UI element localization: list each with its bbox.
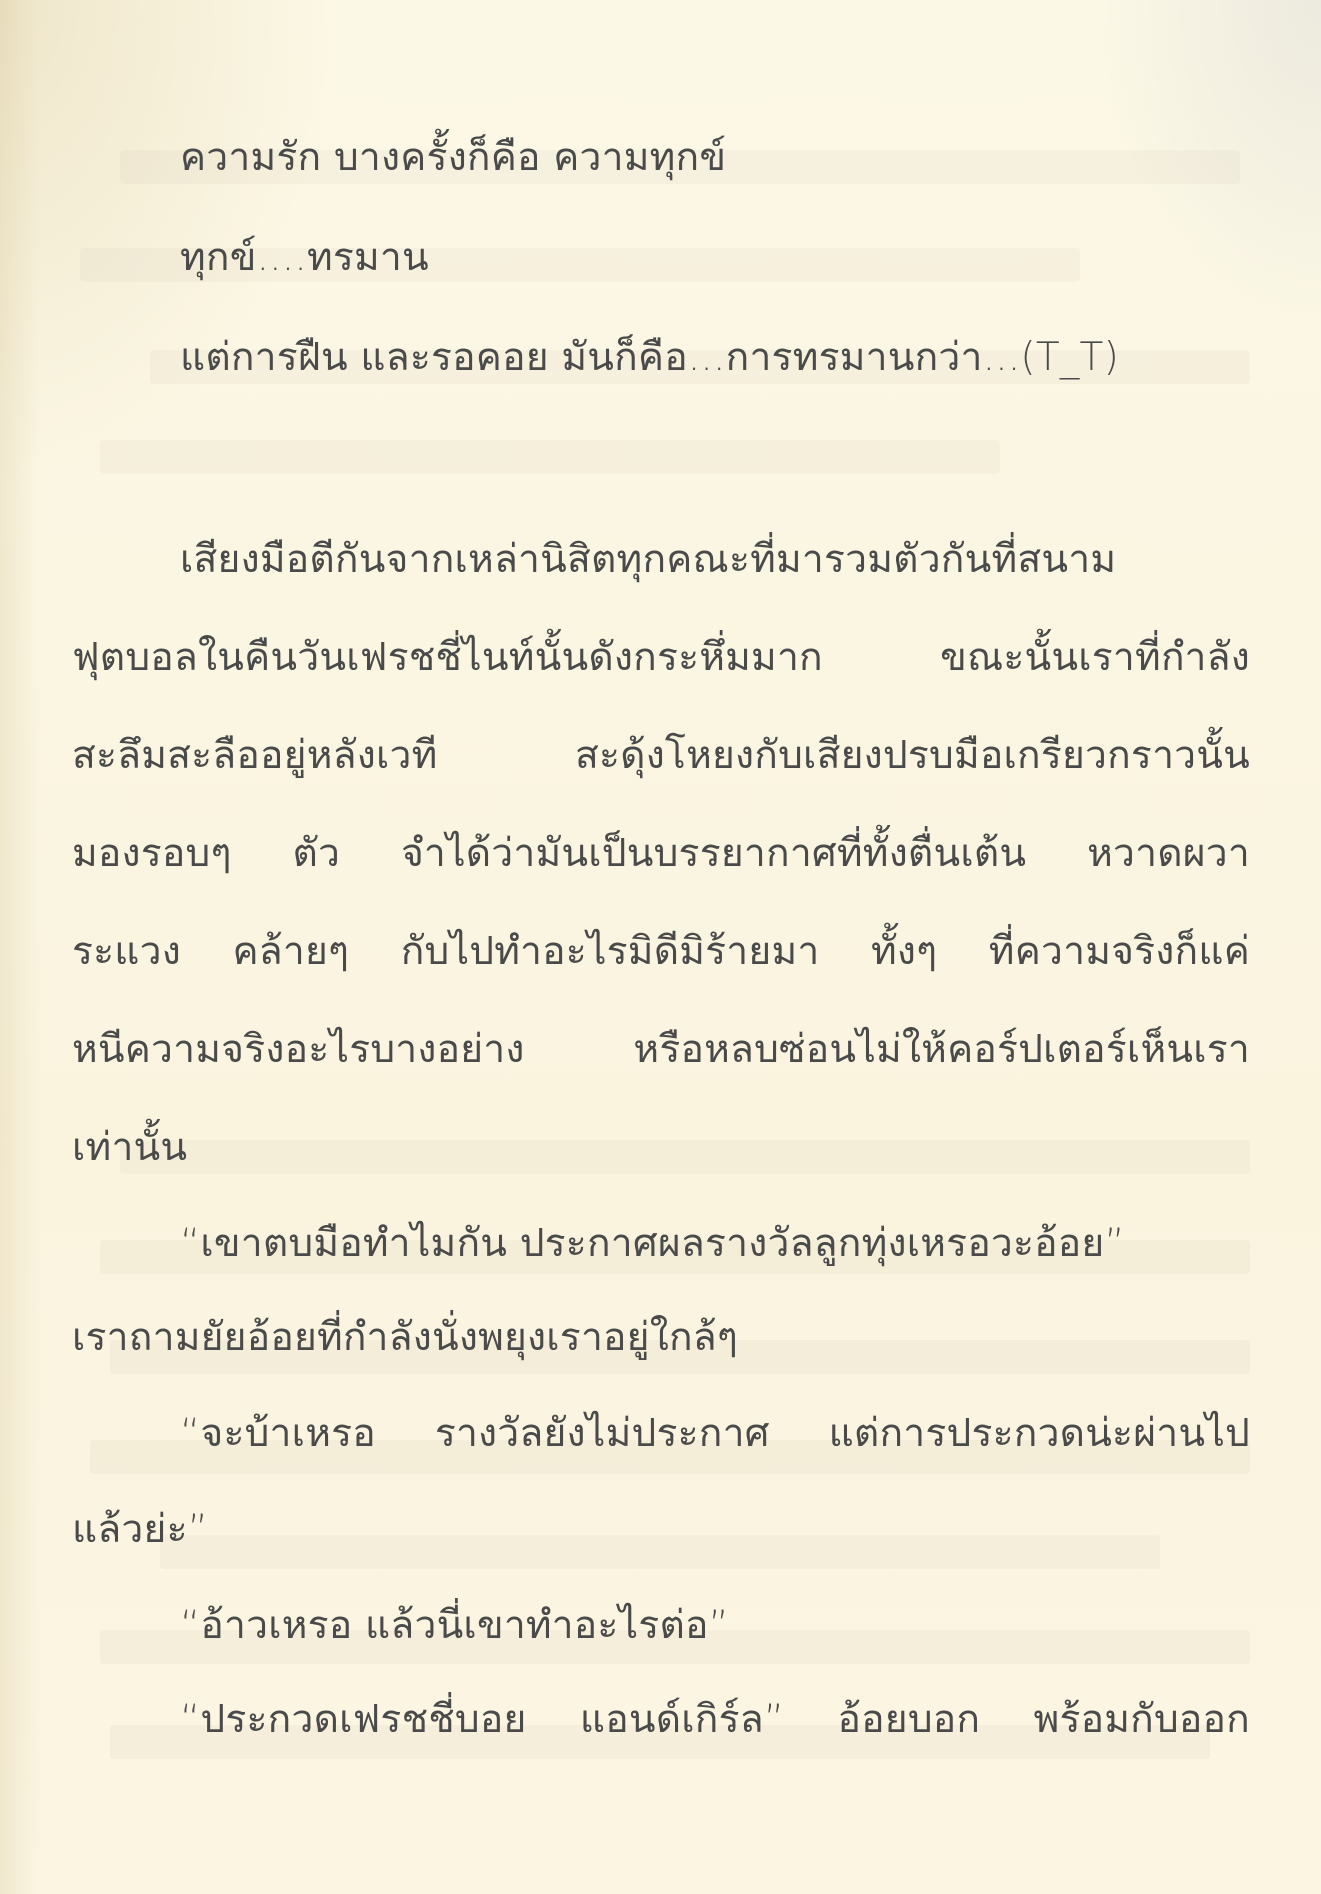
- text-line: ระแวง คล้ายๆ กับไปทำอะไรมิดีมิร้ายมา ทั้…: [72, 932, 1250, 971]
- book-page: ความรัก บางครั้งก็คือ ความทุกข์ ทุกข์...…: [0, 0, 1321, 1894]
- text-line: แต่การฝืน และรอคอย มันก็คือ...การทรมานกว…: [180, 338, 1119, 377]
- text-line: มองรอบๆ ตัว จำได้ว่ามันเป็นบรรยากาศที่ทั…: [72, 834, 1250, 873]
- text-line: ทุกข์....ทรมาน: [180, 238, 429, 277]
- dialogue-line: “เขาตบมือทำไมกัน ประกาศผลรางวัลลูกทุ่งเห…: [180, 1224, 1125, 1263]
- text-line: สะลึมสะลืออยู่หลังเวที สะดุ้งโหยงกับเสีย…: [72, 736, 1250, 775]
- dialogue-line: “จะบ้าเหรอ รางวัลยังไม่ประกาศ แต่การประก…: [180, 1414, 1250, 1453]
- text-line: ฟุตบอลในคืนวันเฟรชชี่ไนท์นั้นดังกระหึ่มม…: [72, 638, 1250, 677]
- text-line: แล้วย่ะ”: [72, 1510, 208, 1549]
- text-line: หนีความจริงอะไรบางอย่าง หรือหลบซ่อนไม่ให…: [72, 1030, 1250, 1069]
- text-line: เราถามยัยอ้อยที่กำลังนั่งพยุงเราอยู่ใกล้…: [72, 1318, 738, 1357]
- dialogue-line: “อ้าวเหรอ แล้วนี่เขาทำอะไรต่อ”: [180, 1606, 729, 1645]
- text-line: เสียงมือตีกันจากเหล่านิสิตทุกคณะที่มารวม…: [180, 540, 1250, 579]
- dialogue-line: “ประกวดเฟรชชี่บอย แอนด์เกิร์ล” อ้อยบอก พ…: [180, 1700, 1250, 1739]
- text-line: เท่านั้น: [72, 1128, 187, 1167]
- text-line: ความรัก บางครั้งก็คือ ความทุกข์: [180, 138, 726, 177]
